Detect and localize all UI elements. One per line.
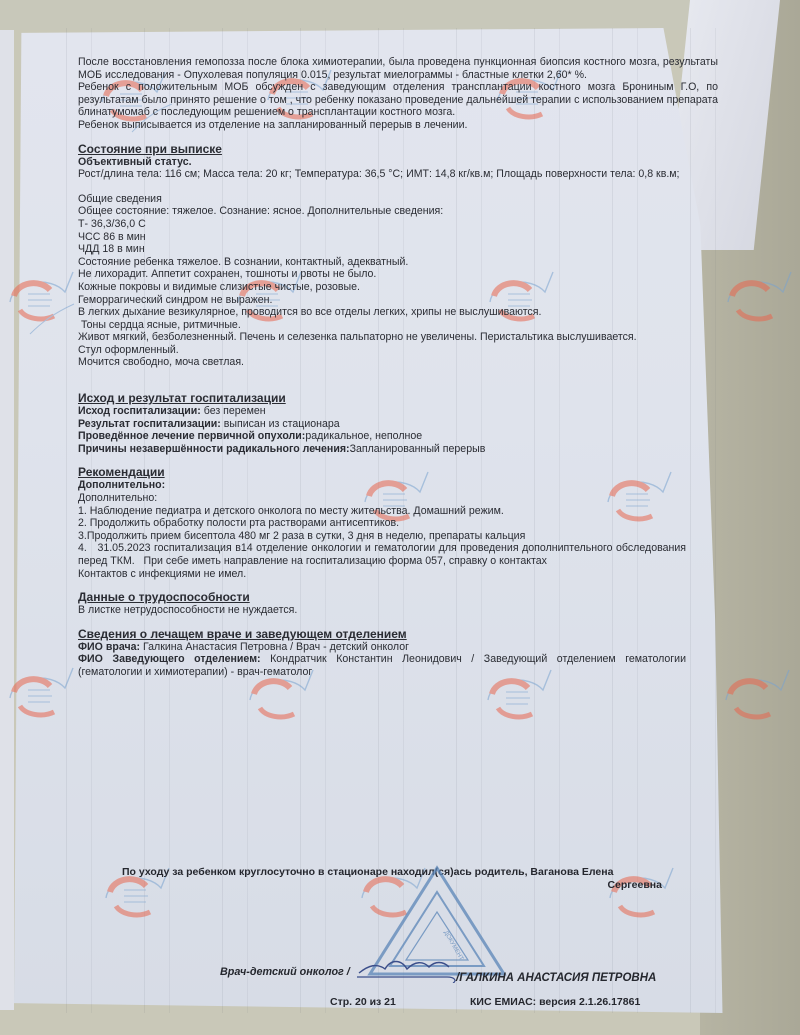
- outcome-row: Причины незавершённости радикального леч…: [78, 443, 718, 456]
- section-heading-doctor-info: Сведения о лечащем враче и заведующем от…: [78, 627, 718, 641]
- head-row: ФИО Заведующего отделением: Кондратчик К…: [78, 653, 686, 678]
- recommendation-item: 2. Продолжить обработку полости рта раст…: [78, 517, 718, 530]
- status-line: Т- 36,3/36,0 С: [78, 218, 718, 231]
- abdomen-line: Живот мягкий, безболезненный. Печень и с…: [78, 331, 704, 344]
- work-capacity-text: В листке нетрудоспособности не нуждается…: [78, 604, 718, 617]
- status-line: В легких дыхание везикулярное, проводитс…: [78, 306, 718, 319]
- recommendation-item: 3.Продолжить прием бисептола 480 мг 2 ра…: [78, 530, 718, 543]
- status-line: Геморрагический синдром не выражен.: [78, 294, 718, 307]
- background-top: [0, 0, 800, 30]
- outcome-value: радикальное, неполное: [305, 430, 422, 442]
- outcome-value: без перемен: [201, 405, 266, 417]
- status-line: Общее состояние: тяжелое. Сознание: ясно…: [78, 205, 718, 218]
- document-body: После восстановления гемопозза после бло…: [78, 56, 718, 679]
- outcome-label: Результат госпитализации:: [78, 418, 221, 430]
- status-line: Стул оформленный.: [78, 344, 718, 357]
- spacer: [78, 181, 718, 193]
- outcome-label: Причины незавершённости радикального леч…: [78, 443, 350, 455]
- outcome-row: Проведённое лечение первичной опухоли:ра…: [78, 430, 718, 443]
- outcome-row: Исход госпитализации: без перемен: [78, 405, 718, 418]
- general-info-label: Общие сведения: [78, 193, 718, 206]
- status-line: ЧДД 18 в мин: [78, 243, 718, 256]
- recommendation-item: 4. 31.05.2023 госпитализация в14 отделен…: [78, 542, 686, 567]
- outcome-value: выписан из стационара: [221, 418, 340, 430]
- section-heading-work-capacity: Данные о трудоспособности: [78, 590, 718, 604]
- section-heading-discharge-state: Состояние при выписке: [78, 142, 718, 156]
- status-line: Кожные покровы и видимые слизистые чисты…: [78, 281, 718, 294]
- intro-paragraph: После восстановления гемопозза после бло…: [78, 56, 718, 81]
- system-version: КИС ЕМИАС: версия 2.1.26.17861: [470, 996, 640, 1008]
- doctor-value: Галкина Анастасия Петровна / Врач - детс…: [140, 641, 409, 653]
- section-heading-recommendations: Рекомендации: [78, 465, 718, 479]
- contacts-line: Контактов с инфекциями не имел.: [78, 568, 718, 581]
- doctor-row: ФИО врача: Галкина Анастасия Петровна / …: [78, 641, 718, 654]
- status-line: ЧСС 86 в мин: [78, 231, 718, 244]
- objective-status-label: Объективный статус.: [78, 156, 718, 169]
- spacer: [78, 369, 718, 381]
- outcome-label: Исход госпитализации:: [78, 405, 201, 417]
- outcome-label: Проведённое лечение первичной опухоли:: [78, 430, 305, 442]
- status-line: Состояние ребенка тяжелое. В сознании, к…: [78, 256, 718, 269]
- section-heading-outcome: Исход и результат госпитализации: [78, 391, 718, 405]
- signature-role: Врач-детский онколог /: [220, 966, 350, 978]
- outcome-row: Результат госпитализации: выписан из ста…: [78, 418, 718, 431]
- outcome-value: Запланированный перерыв: [350, 443, 486, 455]
- head-label: ФИО Заведующего отделением:: [78, 653, 261, 665]
- status-line: Не лихорадит. Аппетит сохранен, тошноты …: [78, 268, 718, 281]
- signature-name: /ГАЛКИНА АНАСТАСИЯ ПЕТРОВНА: [456, 972, 656, 984]
- status-line: Тоны сердца ясные, ритмичные.: [78, 319, 718, 332]
- additional-label: Дополнительно:: [78, 492, 718, 505]
- recommendation-item: 1. Наблюдение педиатра и детского онколо…: [78, 505, 718, 518]
- handwritten-signature-icon: [355, 955, 465, 983]
- page-edge-left: [0, 30, 14, 1010]
- intro-paragraph: Ребенок с положительным МОБ обсужден с з…: [78, 81, 718, 119]
- intro-paragraph: Ребенок выписывается из отделение на зап…: [78, 119, 718, 132]
- doctor-label: ФИО врача:: [78, 641, 140, 653]
- page-number: Стр. 20 из 21: [330, 996, 396, 1008]
- vitals-line: Рост/длина тела: 116 см; Масса тела: 20 …: [78, 168, 718, 181]
- status-line: Мочится свободно, моча светлая.: [78, 356, 718, 369]
- additional-subheading: Дополнительно:: [78, 479, 718, 492]
